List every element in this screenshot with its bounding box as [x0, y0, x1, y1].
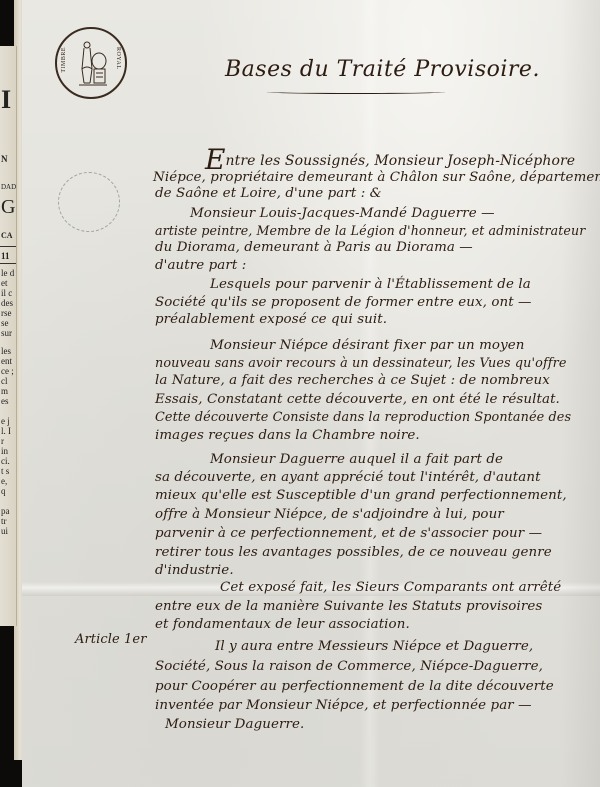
newspaper-text: ui — [1, 526, 8, 536]
newspaper-text: et — [1, 278, 8, 288]
newspaper-text: il c — [1, 288, 12, 298]
newspaper-text: N — [1, 154, 8, 164]
newspaper-text: ent — [1, 356, 12, 366]
newspaper-rule — [0, 246, 16, 247]
text-line: Société qu'ils se proposent de former en… — [155, 295, 532, 311]
text-line: pour Coopérer au perfectionnement de la … — [155, 679, 554, 695]
newspaper-text: se — [1, 318, 9, 328]
newspaper-text: cl — [1, 376, 8, 386]
text-line: d'industrie. — [155, 563, 234, 579]
newspaper-text: le d — [1, 268, 14, 278]
newspaper-text: CA — [1, 231, 13, 241]
newspaper-text: tr — [1, 516, 7, 526]
text-line: Monsieur Daguerre auquel il a fait part … — [210, 452, 503, 468]
text-line: Niépce, propriétaire demeurant à Châlon … — [153, 170, 600, 186]
newspaper-text: rse — [1, 308, 12, 318]
newspaper-text: t s — [1, 466, 9, 476]
text-line: Cet exposé fait, les Sieurs Comparants o… — [220, 580, 561, 596]
title-underline — [267, 90, 445, 94]
text-line: inventée par Monsieur Niépce, et perfect… — [155, 698, 532, 714]
document-title: Bases du Traité Provisoire. — [225, 57, 540, 82]
text-line: du Diorama, demeurant à Paris au Diorama… — [155, 240, 473, 256]
allegorical-figure-icon — [77, 39, 109, 91]
newspaper-text: sur — [1, 328, 12, 338]
text-line: la Nature, a fait des recherches à ce Su… — [155, 373, 550, 389]
newspaper-text: 11 — [1, 251, 10, 261]
stamp-text-left: TIMBRE — [61, 47, 67, 73]
text-line: sa découverte, en ayant apprécié tout l'… — [155, 470, 541, 486]
text-line: de Saône et Loire, d'une part : & — [155, 186, 382, 202]
newspaper-text: l. I — [1, 426, 11, 436]
text-line: offre à Monsieur Niépce, de s'adjoindre … — [155, 507, 504, 523]
text-line: Cette découverte Consiste dans la reprod… — [155, 410, 571, 426]
text-line: d'autre part : — [155, 258, 246, 274]
newspaper-text: q — [1, 486, 6, 496]
newspaper-text: I — [1, 86, 11, 114]
text-line-content: ntre les Soussignés, Monsieur Joseph-Nic… — [226, 153, 576, 169]
newspaper-text: ce ; — [1, 366, 14, 376]
text-line: Il y aura entre Messieurs Niépce et Dagu… — [215, 639, 533, 655]
page-shadow — [560, 0, 600, 787]
text-line: retirer tous les avantages possibles, de… — [155, 545, 552, 561]
text-line: préalablement exposé ce qui suit. — [155, 312, 387, 328]
text-line: Entre les Soussignés, Monsieur Joseph-Ni… — [205, 148, 575, 169]
stamp-text-right: ROYAL — [115, 47, 121, 70]
text-line: Monsieur Louis-Jacques-Mandé Daguerre — — [190, 206, 495, 222]
text-line: Société, Sous la raison de Commerce, Nié… — [155, 659, 543, 675]
newspaper-text: e, — [1, 476, 7, 486]
text-line: Lesquels pour parvenir à l'Établissement… — [210, 277, 531, 293]
text-line: nouveau sans avoir recours à un dessinat… — [155, 356, 567, 372]
text-line: Monsieur Daguerre. — [165, 717, 304, 733]
text-line: images reçues dans la Chambre noire. — [155, 428, 420, 444]
newspaper-text: les — [1, 346, 11, 356]
newspaper-text: pa — [1, 506, 10, 516]
text-line: parvenir à ce perfectionnement, et de s'… — [155, 526, 542, 542]
text-line: et fondamentaux de leur association. — [155, 617, 410, 633]
text-line: Monsieur Niépce désirant fixer par un mo… — [210, 338, 525, 354]
faded-postmark — [58, 172, 120, 232]
newspaper-text: es — [1, 396, 9, 406]
newspaper-text: G — [1, 196, 15, 218]
text-line: artiste peintre, Membre de la Légion d'h… — [155, 223, 585, 239]
newspaper-text: des — [1, 298, 13, 308]
newspaper-fragment: I N DAD G CA 11 le d et il c des rse se … — [0, 46, 17, 626]
newspaper-text: m — [1, 386, 8, 396]
newspaper-text: e j — [1, 416, 10, 426]
royal-stamp-seal: TIMBRE ROYAL — [55, 27, 127, 99]
newspaper-text: ci. — [1, 456, 10, 466]
newspaper-rule — [0, 263, 16, 264]
text-line: mieux qu'elle est Susceptible d'un grand… — [155, 488, 567, 504]
text-line: Essais, Constatant cette découverte, en … — [155, 392, 560, 408]
newspaper-text: in — [1, 446, 8, 456]
newspaper-text: DAD — [1, 182, 16, 192]
newspaper-text: r — [1, 436, 4, 446]
margin-note-article: Article 1er — [75, 632, 147, 647]
text-line: entre eux de la manière Suivante les Sta… — [155, 599, 542, 615]
